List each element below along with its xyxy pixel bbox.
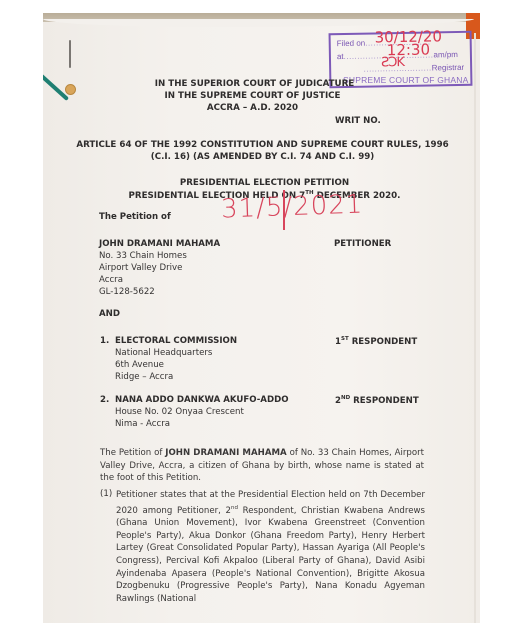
respondent-name: NANA ADDO DANKWA AKUFO-ADDO xyxy=(115,395,289,405)
writ-number: WRIT NO. xyxy=(335,116,381,126)
respondent-address-line: Nima - Accra xyxy=(115,419,170,429)
respondent-role: 2ND RESPONDENT xyxy=(335,395,419,406)
petition-intro-paragraph: The Petition of JOHN DRAMANI MAHAMA of N… xyxy=(100,447,424,485)
respondent-address-line: Ridge – Accra xyxy=(115,372,173,382)
respondent-address-line: 6th Avenue xyxy=(115,360,164,370)
respondent-number: 2. xyxy=(100,395,109,405)
filed-on-label: Filed on xyxy=(337,39,366,48)
petition-of-label: The Petition of xyxy=(99,212,171,222)
paper-shadow xyxy=(474,33,476,623)
petitioner-address-line: No. 33 Chain Homes xyxy=(99,251,187,261)
petitioner-name: JOHN DRAMANI MAHAMA xyxy=(99,239,220,249)
registrar-label: Registrar xyxy=(432,63,465,73)
article-line-1: ARTICLE 64 OF THE 1992 CONSTITUTION AND … xyxy=(0,140,527,150)
registrar-signature: ƧƆK xyxy=(381,56,404,69)
respondent-name: ELECTORAL COMMISSION xyxy=(115,336,237,346)
court-location: ACCRA – A.D. 2020 xyxy=(0,103,517,113)
handwritten-date: 31/5/2021 xyxy=(221,190,364,225)
article-line-2: (C.I. 16) (AS AMENDED BY C.I. 74 AND C.I… xyxy=(0,152,527,162)
paragraph-number: (1) xyxy=(100,489,112,499)
paragraph-1: Petitioner states that at the Presidenti… xyxy=(116,489,425,605)
paper-edge xyxy=(43,19,474,27)
respondent-number: 1. xyxy=(100,336,109,346)
respondent-address-line: National Headquarters xyxy=(115,348,212,358)
petitioner-address-line: GL-128-5622 xyxy=(99,287,155,297)
petitioner-address-line: Accra xyxy=(99,275,123,285)
respondent-address-line: House No. 02 Onyaa Crescent xyxy=(115,407,244,417)
petitioner-role: PETITIONER xyxy=(334,239,391,249)
and-label: AND xyxy=(99,309,120,319)
staple-icon xyxy=(69,40,71,68)
petitioner-address-line: Airport Valley Drive xyxy=(99,263,182,273)
court-line-2: IN THE SUPREME COURT OF JUSTICE xyxy=(0,91,517,101)
petition-title: PRESIDENTIAL ELECTION PETITION xyxy=(0,178,529,188)
respondent-role: 1ST RESPONDENT xyxy=(335,336,417,347)
handwritten-stroke xyxy=(283,190,285,230)
court-line-1: IN THE SUPERIOR COURT OF JUDICATURE xyxy=(0,79,519,89)
ampm-label: am/pm xyxy=(433,50,458,59)
